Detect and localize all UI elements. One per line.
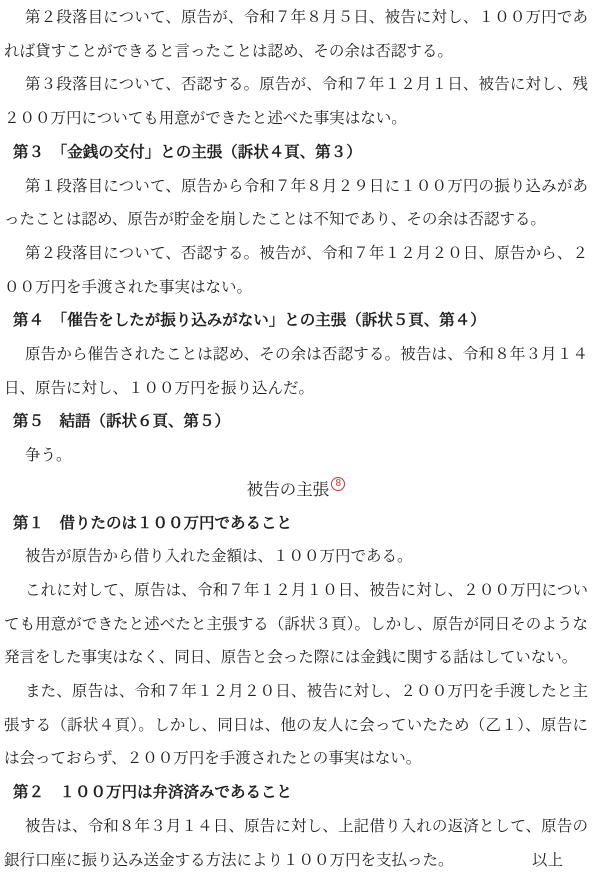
section-heading: 第１ 借りたのは１００万円であること (13, 507, 588, 541)
paragraph-text: 第２段落目について、否認する。被告が、令和７年１２月２０日、原告から、２００万円… (4, 245, 588, 296)
section-heading: 第５ 結語（訴状６頁、第５） (13, 405, 588, 439)
paragraph-text: また、原告は、令和７年１２月２０日、被告に対し、２００万円を手渡したと主張する（… (4, 683, 588, 767)
paragraph: 第２段落目について、否認する。被告が、令和７年１２月２０日、原告から、２００万円… (4, 237, 588, 304)
document-page: 第２段落目について、原告が、令和７年８月５日、被告に対し、１００万円であれば貸す… (0, 0, 593, 886)
paragraph-text: 被告が原告から借り入れた金額は、１００万円である。 (25, 548, 413, 565)
paragraph: これに対して、原告は、令和７年１２月１０日、被告に対し、２００万円についても用意… (4, 574, 588, 675)
paragraph: 第１段落目について、原告から令和７年８月２９日に１００万円の振り込みがあったこと… (4, 170, 588, 237)
heading-text: 第１ 借りたのは１００万円であること (13, 515, 292, 532)
paragraph-text: 争う。 (25, 447, 72, 464)
paragraph-text: 第３段落目について、否認する。原告が、令和７年１２月１日、被告に対し、残２００万… (4, 76, 588, 127)
paragraph: 原告から催告されたことは認め、その余は否認する。被告は、令和８年３月１４日、原告… (4, 338, 588, 405)
paragraph: また、原告は、令和７年１２月２０日、被告に対し、２００万円を手渡したと主張する（… (4, 675, 588, 776)
paragraph-text: 被告は、令和８年３月１４日、原告に対し、上記借り入れの返済として、原告の銀行口座… (4, 818, 588, 869)
paragraph: 第２段落目について、原告が、令和７年８月５日、被告に対し、１００万円であれば貸す… (4, 1, 588, 68)
paragraph-text: 原告から催告されたことは認め、その余は否認する。被告は、令和８年３月１４日、原告… (4, 346, 588, 397)
paragraph: 被告が原告から借り入れた金額は、１００万円である。 (4, 540, 588, 574)
paragraph-text: これに対して、原告は、令和７年１２月１０日、被告に対し、２００万円についても用意… (4, 582, 588, 666)
paragraph: 被告は、令和８年３月１４日、原告に対し、上記借り入れの返済として、原告の銀行口座… (4, 810, 588, 877)
closing-word: 以上 (532, 844, 563, 878)
section-heading: 第４ 「催告をしたが振り込みがない」との主張（訴状５頁、第４） (13, 304, 588, 338)
section-heading: 第２ １００万円は弁済済みであること (13, 776, 588, 810)
paragraph-text: 第１段落目について、原告から令和７年８月２９日に１００万円の振り込みがあったこと… (4, 178, 588, 229)
heading-text: 第５ 結語（訴状６頁、第５） (13, 413, 230, 430)
red-circled-number-annotation: 8 (331, 477, 345, 491)
document-title: 被告の主張8 (4, 473, 588, 507)
paragraph-text: 第２段落目について、原告が、令和７年８月５日、被告に対し、１００万円であれば貸す… (4, 9, 588, 60)
heading-text: 第２ １００万円は弁済済みであること (13, 784, 292, 801)
heading-text: 第３ 「金銭の交付」との主張（訴状４頁、第３） (13, 144, 362, 161)
paragraph: 争う。 (4, 439, 588, 473)
section-heading: 第３ 「金銭の交付」との主張（訴状４頁、第３） (13, 136, 588, 170)
heading-text: 第４ 「催告をしたが振り込みがない」との主張（訴状５頁、第４） (13, 312, 486, 329)
heading-text: 被告の主張 (247, 480, 330, 499)
paragraph: 第３段落目について、否認する。原告が、令和７年１２月１日、被告に対し、残２００万… (4, 68, 588, 135)
